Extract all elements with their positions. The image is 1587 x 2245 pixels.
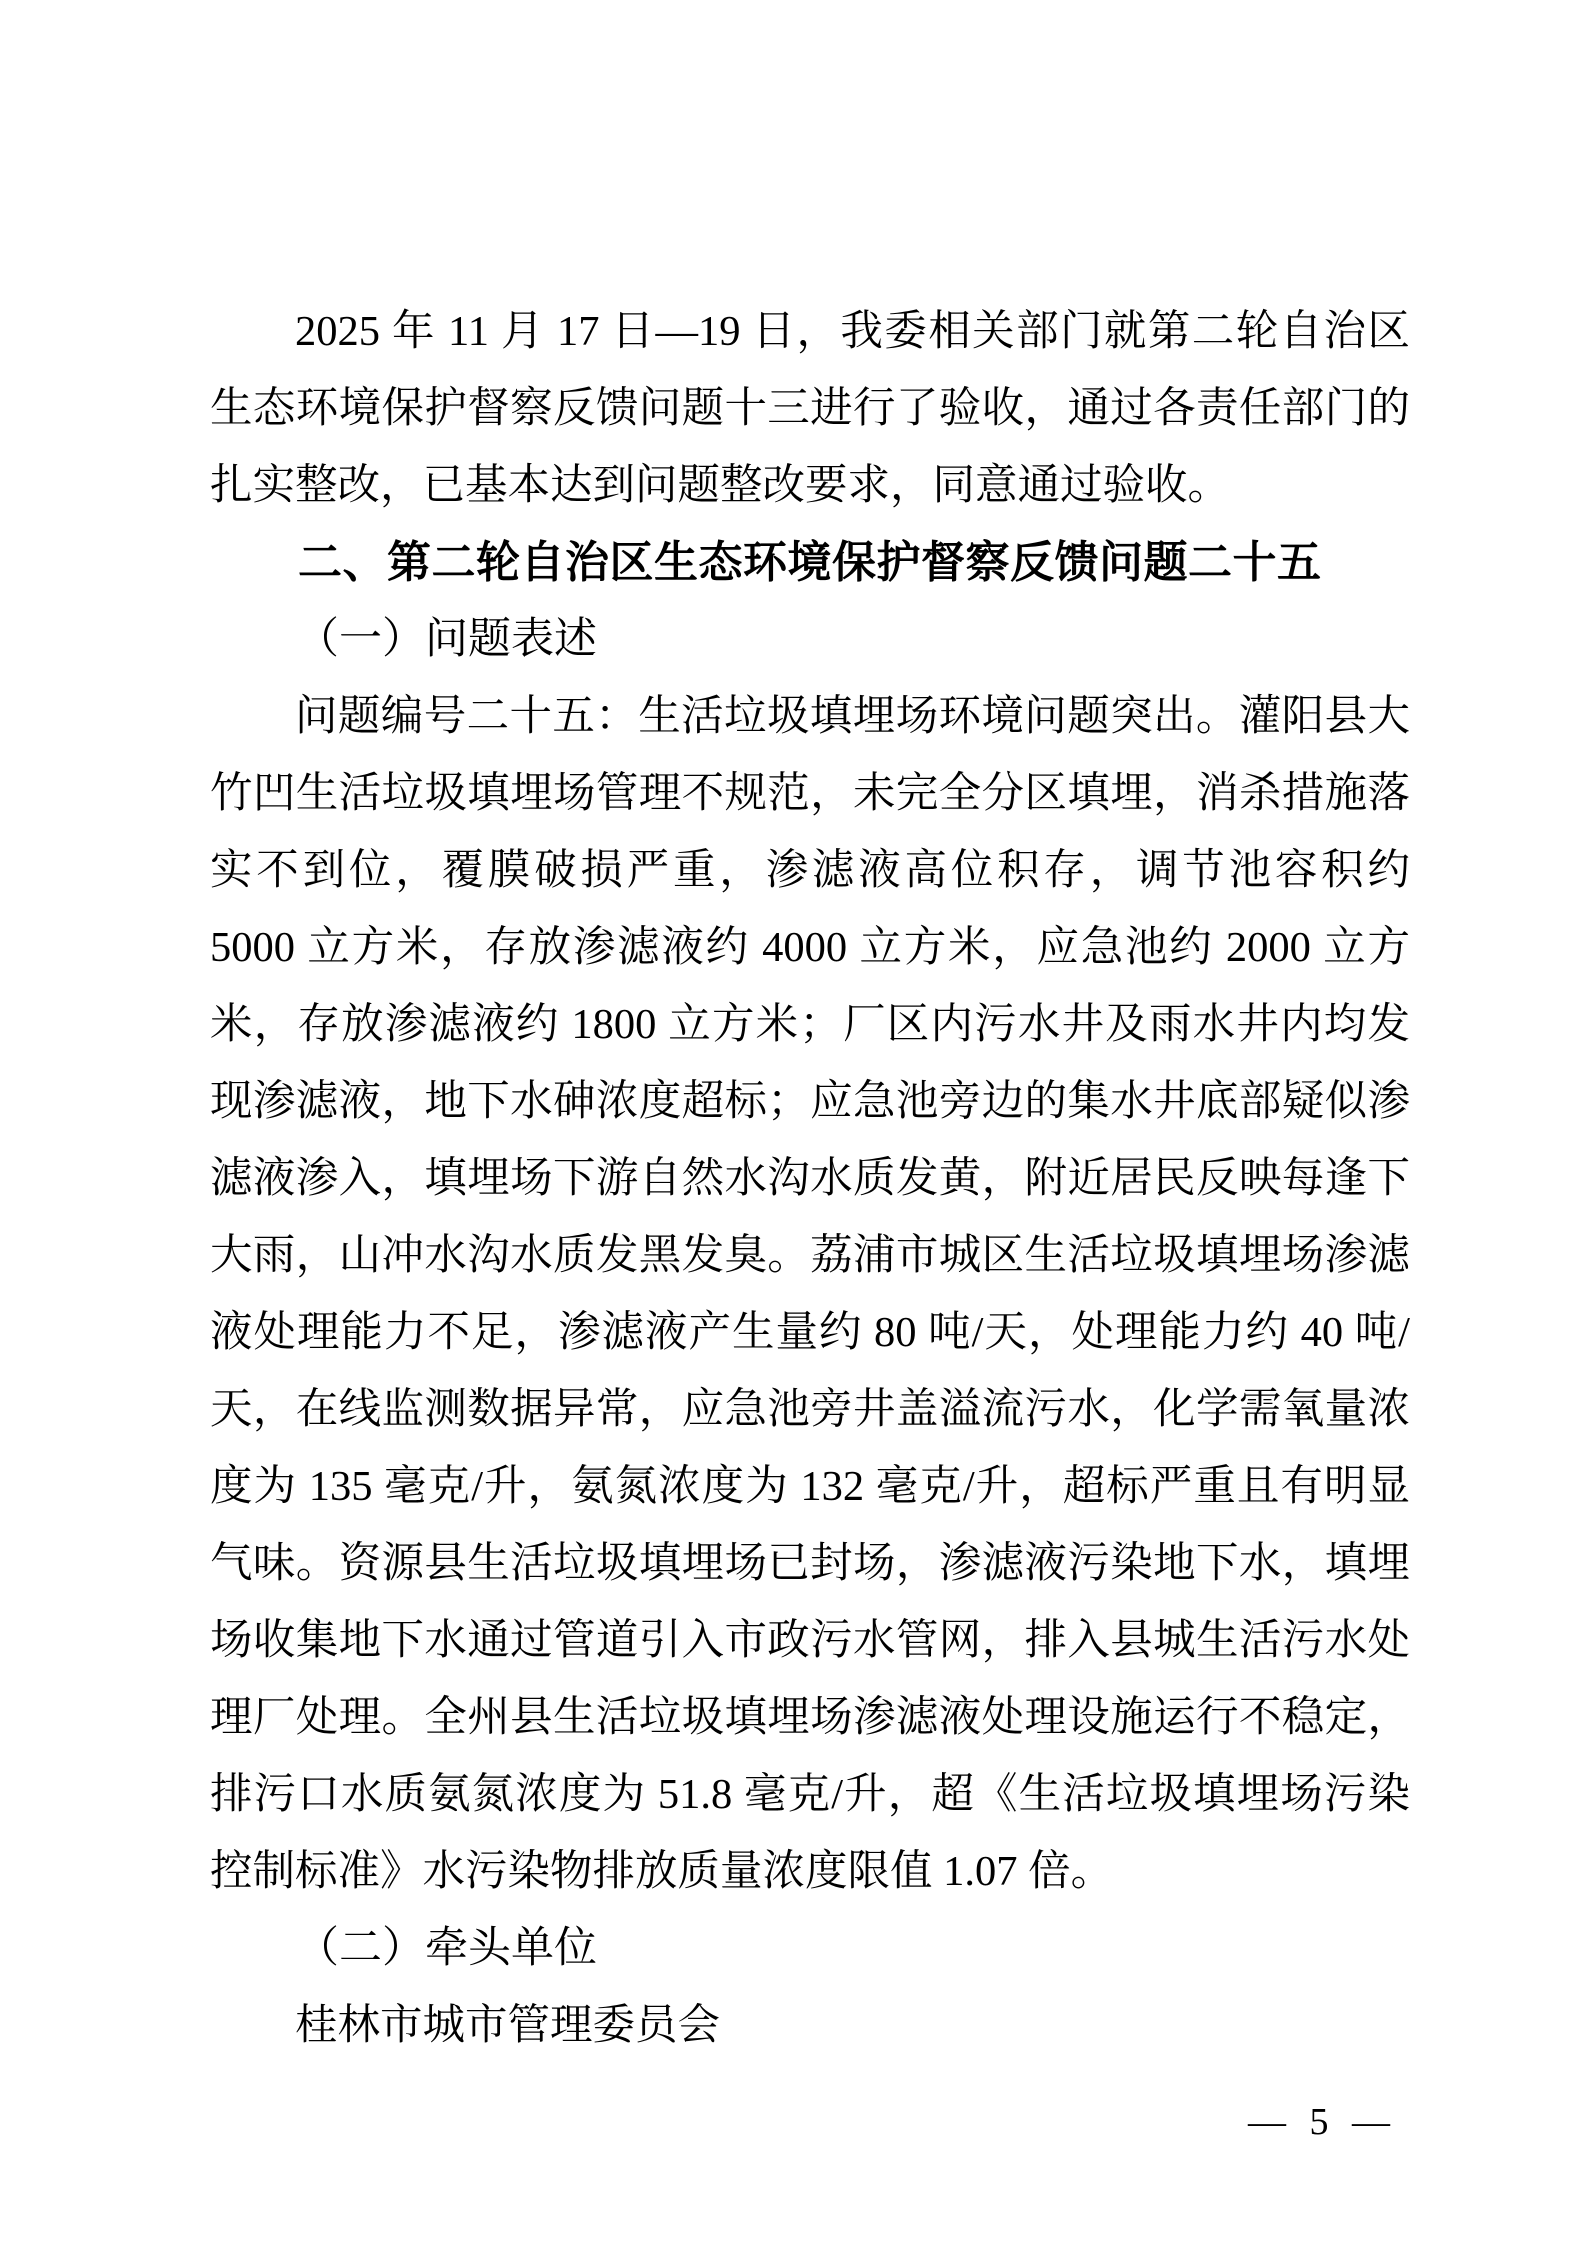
subsection-2-title: （二）牵头单位 bbox=[210, 1910, 1410, 1987]
lead-unit-paragraph: 桂林市城市管理委员会 bbox=[210, 1987, 1410, 2064]
acceptance-paragraph: 2025 年 11 月 17 日—19 日，我委相关部门就第二轮自治区生态环境保… bbox=[210, 293, 1410, 524]
problem-description-paragraph: 问题编号二十五：生活垃圾填埋场环境问题突出。灌阳县大竹凹生活垃圾填埋场管理不规范… bbox=[210, 678, 1410, 1910]
subsection-1-title: （一）问题表述 bbox=[210, 601, 1410, 678]
page-number: — 5 — bbox=[1248, 2100, 1390, 2144]
document-body: 2025 年 11 月 17 日—19 日，我委相关部门就第二轮自治区生态环境保… bbox=[210, 293, 1410, 2064]
section-heading: 二、第二轮自治区生态环境保护督察反馈问题二十五 bbox=[210, 524, 1410, 601]
document-page: 2025 年 11 月 17 日—19 日，我委相关部门就第二轮自治区生态环境保… bbox=[0, 0, 1587, 2245]
